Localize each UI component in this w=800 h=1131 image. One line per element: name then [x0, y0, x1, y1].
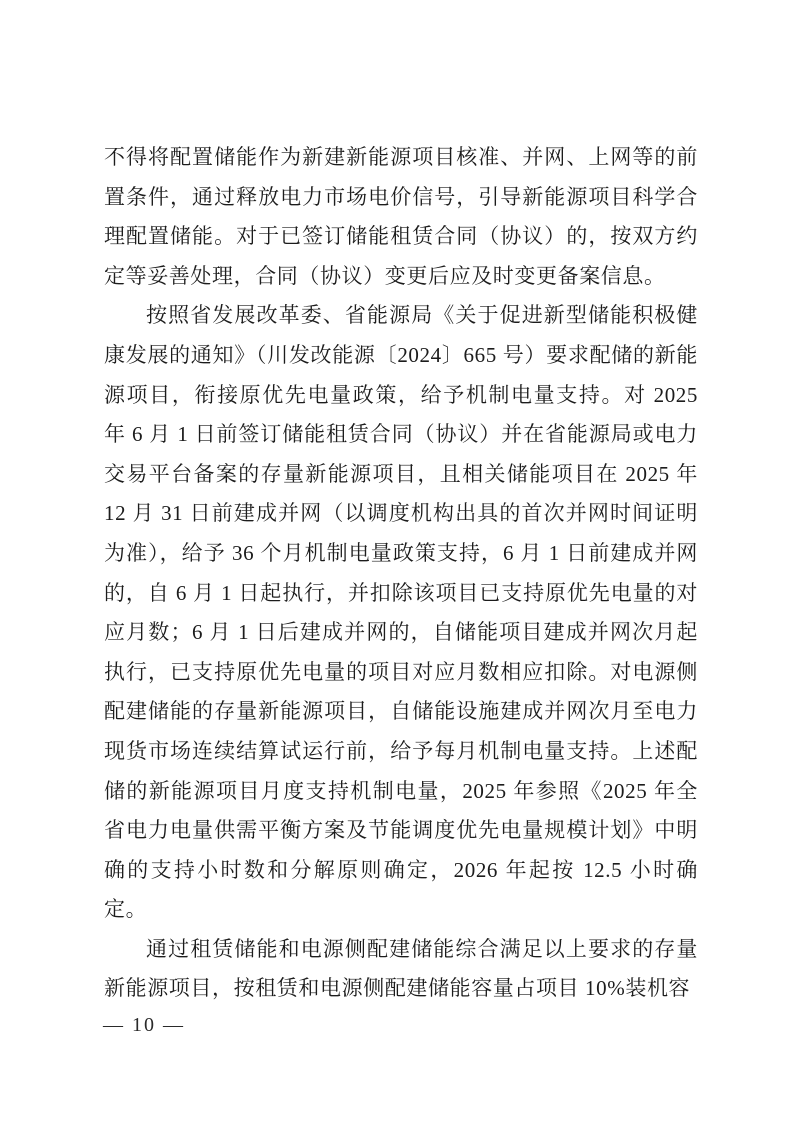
- paragraph: 通过租赁储能和电源侧配建储能综合满足以上要求的存量新能源项目，按租赁和电源侧配建…: [104, 930, 698, 1009]
- paragraph: 按照省发展改革委、省能源局《关于促进新型储能积极健康发展的通知》（川发改能源〔2…: [104, 296, 698, 930]
- document-page: 不得将配置储能作为新建新能源项目核准、并网、上网等的前置条件，通过释放电力市场电…: [0, 0, 800, 1131]
- paragraph: 不得将配置储能作为新建新能源项目核准、并网、上网等的前置条件，通过释放电力市场电…: [104, 138, 698, 296]
- page-number: — 10 —: [103, 1011, 185, 1039]
- document-body: 不得将配置储能作为新建新能源项目核准、并网、上网等的前置条件，通过释放电力市场电…: [104, 138, 698, 1009]
